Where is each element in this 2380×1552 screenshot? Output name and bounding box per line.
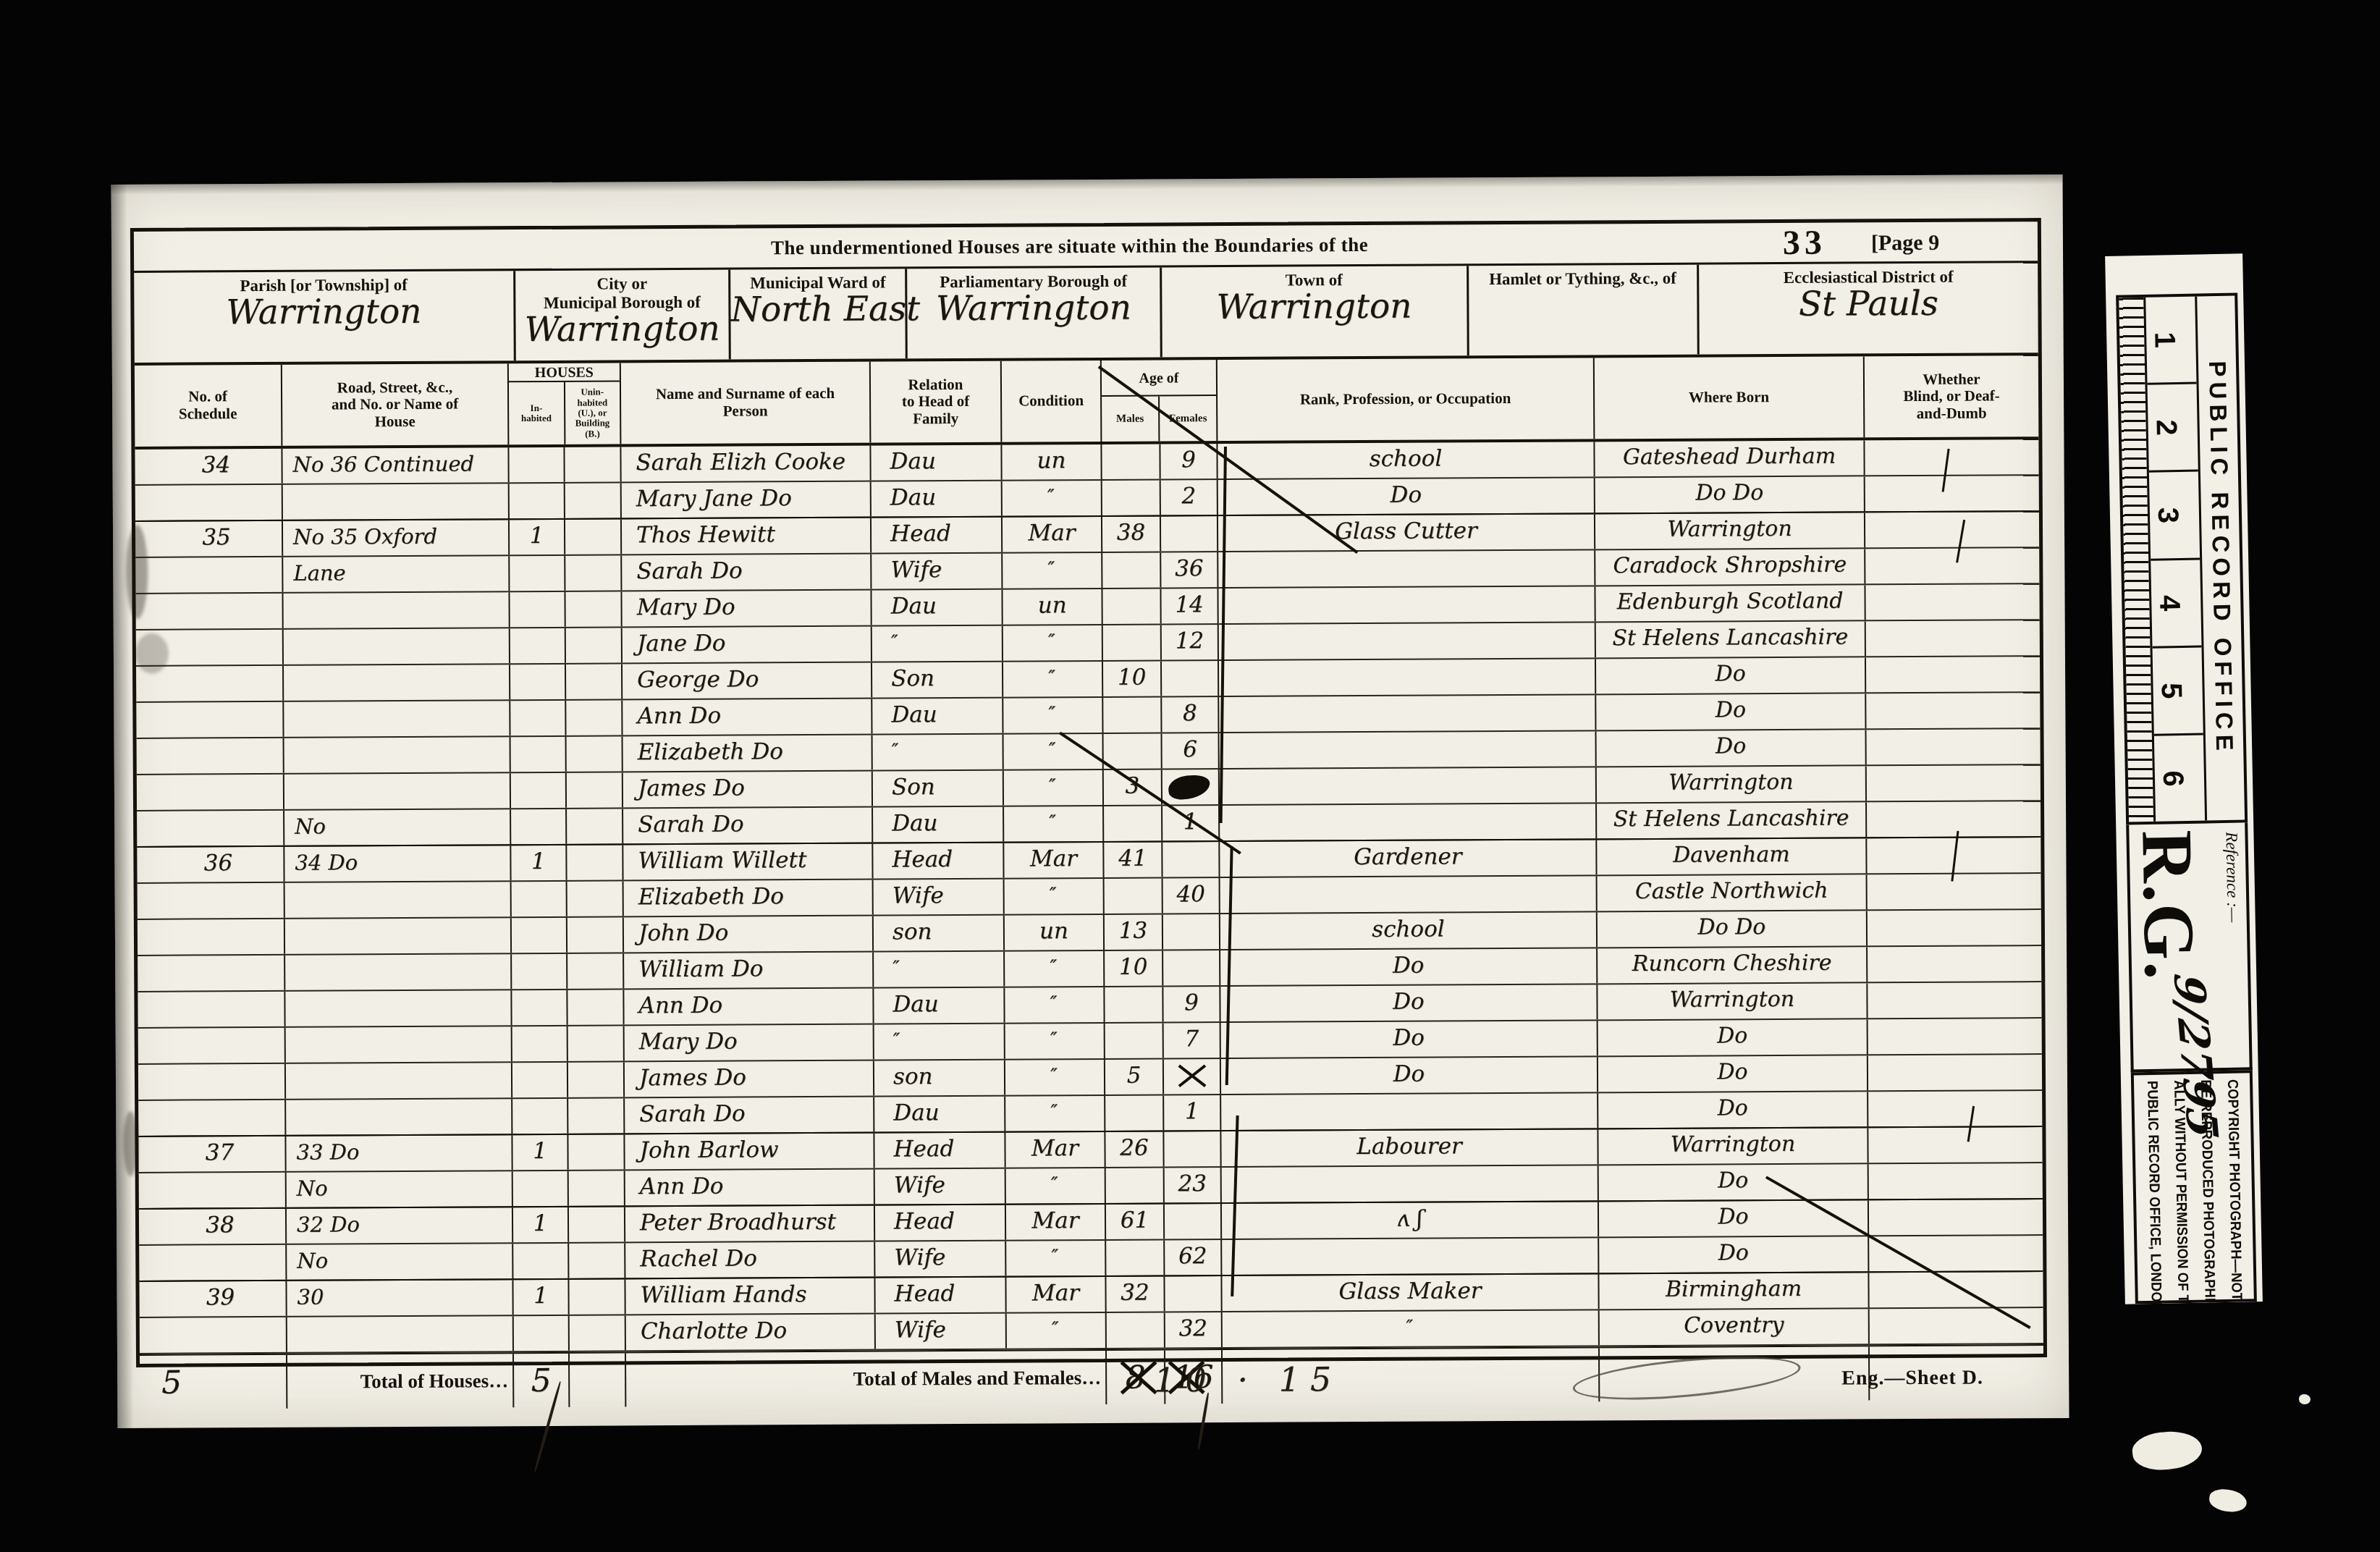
cell-in bbox=[510, 556, 565, 591]
cell-blind bbox=[1865, 548, 2039, 583]
header-occupation: Rank, Profession, or Occupation bbox=[1218, 358, 1595, 441]
cell-born: Do bbox=[1598, 1092, 1868, 1128]
cell-name: Elizabeth Do bbox=[624, 880, 874, 916]
cell-cond: ″ bbox=[1003, 625, 1103, 661]
cell-am bbox=[1102, 589, 1161, 623]
header-road: Road, Street, &c., and No. or Name of Ho… bbox=[282, 363, 510, 446]
cell-road bbox=[284, 628, 510, 665]
cell-cond: un bbox=[1002, 444, 1102, 480]
cell-born: Warrington bbox=[1598, 983, 1868, 1019]
district-value: St Pauls bbox=[1699, 283, 2038, 324]
cell-occ bbox=[1219, 659, 1596, 696]
cell-in: 1 bbox=[513, 1280, 569, 1315]
cell-cond: ″ bbox=[1006, 1241, 1106, 1276]
total-males-females-label: Total of Males and Females… bbox=[626, 1351, 1107, 1406]
cross-mark bbox=[1177, 1063, 1206, 1088]
cell-occ bbox=[1220, 767, 1597, 804]
cell-cond: Mar bbox=[1006, 1205, 1106, 1240]
cell-occ bbox=[1218, 550, 1595, 587]
cell-road: 32 Do bbox=[287, 1207, 513, 1244]
header-houses: HOUSES In- habited Unin- habited (U.), o… bbox=[509, 363, 622, 444]
cell-in bbox=[512, 1026, 568, 1061]
cell-s bbox=[138, 1028, 286, 1063]
cell-born: Do Do bbox=[1595, 476, 1865, 513]
series-code: R.G. bbox=[2130, 830, 2206, 982]
cell-in: 1 bbox=[511, 845, 567, 880]
cell-cond: Mar bbox=[1004, 843, 1104, 878]
cell-road: No 36 Continued bbox=[282, 447, 509, 484]
cell-rel: Head bbox=[874, 1133, 1005, 1168]
cell-born: Caradock Shropshire bbox=[1595, 549, 1865, 585]
cell-in: 1 bbox=[510, 520, 565, 554]
cell-s: 34 bbox=[135, 449, 282, 484]
cell-s bbox=[135, 485, 283, 520]
cell-name: John Do bbox=[624, 916, 874, 953]
cell-s bbox=[140, 1317, 287, 1353]
cell-un bbox=[567, 881, 624, 916]
cell-af bbox=[1162, 769, 1220, 804]
ruler-number: 6 bbox=[2154, 735, 2205, 822]
cell-name: John Barlow bbox=[625, 1134, 874, 1170]
cell-road bbox=[283, 592, 510, 628]
district-value: North East bbox=[731, 289, 906, 329]
cell-un bbox=[565, 447, 621, 481]
cell-name: James Do bbox=[623, 772, 873, 808]
cell-in bbox=[512, 918, 567, 953]
cell-af: 40 bbox=[1163, 878, 1220, 913]
cell-rel: ″ bbox=[872, 626, 1003, 662]
cell-in: 1 bbox=[513, 1207, 569, 1242]
cell-s bbox=[136, 666, 284, 701]
total-houses-value: 5 bbox=[514, 1354, 570, 1407]
paper-fragment bbox=[2299, 1394, 2311, 1404]
cell-occ: Glass Maker bbox=[1222, 1274, 1599, 1311]
cell-af bbox=[1165, 1204, 1222, 1239]
cell-blind bbox=[1866, 620, 2040, 656]
cell-name: Ann Do bbox=[625, 1170, 875, 1206]
cell-rel: Head bbox=[872, 518, 1003, 553]
cell-un bbox=[569, 1171, 625, 1205]
copyright-line: COPYRIGHT PHOTOGRAPH—NOT TO bbox=[2224, 1079, 2244, 1279]
cell-in bbox=[509, 447, 565, 482]
cell-blind bbox=[1868, 1055, 2042, 1090]
stamp-reference: Reference :— R.G. 9/2795 bbox=[2126, 823, 2253, 1073]
cell-un bbox=[570, 1315, 626, 1350]
cell-blind bbox=[1868, 874, 2041, 909]
cell-blind bbox=[1866, 657, 2040, 692]
cell-road bbox=[285, 882, 512, 918]
cell-s bbox=[135, 594, 283, 629]
cell-in bbox=[510, 701, 566, 735]
cell-road bbox=[285, 954, 512, 990]
cell-am bbox=[1102, 480, 1161, 515]
cell-cond: ″ bbox=[1005, 1024, 1105, 1059]
cell-road: 30 bbox=[287, 1280, 513, 1316]
cell-road: 34 Do bbox=[284, 845, 511, 882]
cell-am bbox=[1106, 1240, 1165, 1275]
cell-road bbox=[284, 773, 511, 809]
cell-blind bbox=[1866, 693, 2040, 728]
cell-un bbox=[568, 1098, 625, 1133]
cell-born: Birmingham bbox=[1599, 1273, 1869, 1309]
cell-born: Do Do bbox=[1598, 911, 1868, 947]
cell-blind bbox=[1868, 946, 2041, 982]
cell-name: Jane Do bbox=[623, 627, 872, 663]
cell-am: 41 bbox=[1104, 842, 1162, 877]
cell-rel: Wife bbox=[875, 1169, 1006, 1205]
copyright-line: PUBLIC RECORD OFFICE, LONDON bbox=[2143, 1081, 2164, 1281]
header-houses-title: HOUSES bbox=[509, 363, 620, 381]
cell-af: 6 bbox=[1162, 733, 1220, 768]
totals-empty bbox=[570, 1353, 626, 1406]
district-cell: Town ofWarrington bbox=[1162, 266, 1469, 357]
cell-rel: Wife bbox=[876, 1314, 1007, 1349]
cell-occ: Do bbox=[1220, 948, 1598, 985]
cell-s bbox=[138, 1100, 286, 1136]
cell-born: Do bbox=[1596, 657, 1866, 693]
cell-rel: Dau bbox=[871, 445, 1002, 481]
cell-cond: ″ bbox=[1004, 770, 1104, 806]
header-age-title: Age of bbox=[1102, 360, 1216, 395]
cell-s bbox=[139, 1173, 287, 1208]
cell-am: 3 bbox=[1104, 769, 1162, 804]
cell-name: William Hands bbox=[625, 1278, 875, 1315]
census-form: The undermentioned Houses are situate wi… bbox=[130, 218, 2047, 1367]
cell-name: Sarah Elizh Cooke bbox=[621, 446, 871, 482]
cell-road: 33 Do bbox=[286, 1135, 512, 1171]
cell-blind bbox=[1868, 910, 2041, 945]
district-cell: Parliamentary Borough ofWarrington bbox=[907, 267, 1162, 358]
cell-af: 23 bbox=[1165, 1168, 1222, 1202]
cell-name: Sarah Do bbox=[625, 1097, 874, 1134]
cell-road bbox=[283, 484, 510, 520]
ruler-numbers: 123456 bbox=[2143, 297, 2207, 822]
cell-in bbox=[513, 1244, 569, 1278]
cell-born: Do bbox=[1598, 1055, 1868, 1092]
cell-road bbox=[285, 918, 512, 954]
cell-cond: ″ bbox=[1005, 1096, 1105, 1131]
district-value: Warrington bbox=[908, 287, 1160, 329]
cell-born: Coventry bbox=[1600, 1309, 1870, 1345]
ruler-number: 3 bbox=[2149, 472, 2200, 561]
cell-am bbox=[1103, 625, 1162, 659]
cell-name: Thos Hewitt bbox=[622, 518, 872, 554]
form-title: The undermentioned Houses are situate wi… bbox=[771, 234, 1368, 259]
cell-name: Mary Jane Do bbox=[622, 482, 872, 518]
cell-born: Runcorn Cheshire bbox=[1598, 947, 1868, 983]
cell-cond: ″ bbox=[1003, 553, 1102, 589]
cell-am: 5 bbox=[1105, 1059, 1164, 1094]
header-schedule: No. of Schedule bbox=[135, 365, 283, 447]
cell-in bbox=[510, 484, 565, 518]
cell-cond: ″ bbox=[1007, 1313, 1107, 1349]
cell-rel: Dau bbox=[872, 699, 1003, 734]
cell-in bbox=[510, 628, 566, 663]
cell-born: Warrington bbox=[1595, 513, 1865, 549]
cell-am bbox=[1105, 987, 1163, 1021]
cell-road bbox=[284, 701, 510, 737]
reference-label: Reference :— bbox=[2221, 832, 2242, 922]
cell-am bbox=[1102, 444, 1160, 478]
cell-name: William Do bbox=[624, 953, 874, 989]
cell-un bbox=[567, 772, 623, 807]
stamp-ruler: PUBLIC RECORD OFFICE 123456 bbox=[2116, 292, 2248, 825]
cell-af bbox=[1164, 1131, 1221, 1166]
cell-blind bbox=[1868, 982, 2041, 1018]
cell-rel: Head bbox=[875, 1205, 1006, 1241]
cell-road bbox=[286, 1099, 512, 1135]
cell-af bbox=[1162, 842, 1220, 877]
cell-am bbox=[1103, 697, 1162, 732]
cell-am bbox=[1104, 733, 1162, 768]
district-label: Hamlet or Tything, &c., of bbox=[1469, 265, 1697, 289]
cell-in: 1 bbox=[512, 1135, 568, 1170]
cell-un bbox=[566, 664, 623, 699]
cell-s bbox=[138, 1064, 286, 1100]
cell-blind bbox=[1869, 1199, 2043, 1235]
district-cell: Ecclesiastical District ofSt Pauls bbox=[1699, 263, 2038, 354]
cell-blind bbox=[1868, 1091, 2042, 1126]
cell-name: Elizabeth Do bbox=[623, 735, 873, 772]
cell-cond: ″ bbox=[1005, 1060, 1105, 1095]
cell-occ: Do bbox=[1221, 1021, 1598, 1058]
cell-rel: Dau bbox=[874, 1097, 1005, 1132]
paper-fragment bbox=[2208, 1488, 2248, 1514]
cell-un bbox=[567, 953, 624, 988]
cell-s bbox=[138, 883, 285, 919]
cell-name: Mary Do bbox=[622, 591, 872, 627]
cell-un bbox=[565, 483, 622, 518]
column-headers: No. of Schedule Road, Street, &c., and N… bbox=[135, 355, 2039, 450]
cell-am: 38 bbox=[1102, 516, 1161, 551]
pro-reference-stamp: PUBLIC RECORD OFFICE 123456 Reference :—… bbox=[2105, 253, 2263, 1304]
cell-am: 61 bbox=[1106, 1204, 1165, 1239]
cell-rel: Dau bbox=[872, 590, 1003, 625]
cell-s bbox=[138, 956, 285, 991]
totals-margin-value: 5 bbox=[140, 1355, 287, 1409]
cell-cond: ″ bbox=[1004, 806, 1104, 842]
cell-cond: Mar bbox=[1003, 517, 1102, 552]
cell-am: 10 bbox=[1103, 661, 1162, 696]
cell-born: Do bbox=[1599, 1236, 1869, 1273]
paper-fragment bbox=[2131, 1428, 2204, 1473]
cell-blind bbox=[1865, 476, 2039, 511]
header-born: Where Born bbox=[1595, 356, 1865, 439]
cell-born: Gateshead Durham bbox=[1595, 440, 1865, 476]
cell-s bbox=[139, 1245, 287, 1281]
cell-un bbox=[567, 736, 623, 771]
cell-occ: ″ bbox=[1223, 1310, 1600, 1347]
cell-name: Sarah Do bbox=[622, 554, 872, 591]
cell-af bbox=[1163, 914, 1220, 949]
cell-cond: ″ bbox=[1003, 662, 1103, 697]
district-value: Warrington bbox=[1162, 286, 1467, 327]
cell-in bbox=[511, 773, 567, 808]
cell-rel: Dau bbox=[874, 988, 1005, 1024]
cell-name: Peter Broadhurst bbox=[625, 1206, 875, 1242]
cell-s bbox=[136, 630, 284, 665]
cell-blind bbox=[1869, 1236, 2043, 1271]
cell-cond: un bbox=[1003, 589, 1102, 625]
cell-born: Warrington bbox=[1597, 766, 1867, 802]
cell-s bbox=[138, 919, 285, 955]
cell-road: No bbox=[287, 1244, 513, 1280]
cell-rel: Wife bbox=[875, 1241, 1006, 1277]
cell-road: No 35 Oxford bbox=[283, 520, 510, 556]
cell-blind bbox=[1866, 729, 2040, 764]
cell-road: No bbox=[287, 1171, 513, 1207]
cell-un bbox=[567, 809, 623, 843]
cell-name: Mary Do bbox=[625, 1025, 874, 1061]
cell-born: St Helens Lancashire bbox=[1596, 621, 1866, 657]
cell-rel: ″ bbox=[874, 1024, 1005, 1060]
district-cell: Parish [or Township] ofWarrington bbox=[134, 271, 516, 363]
cell-am: 26 bbox=[1105, 1131, 1164, 1166]
cell-rel: Wife bbox=[874, 880, 1005, 915]
header-blind: Whether Blind, or Deaf- and-Dumb bbox=[1865, 355, 2039, 437]
cell-blind bbox=[1865, 439, 2038, 475]
cell-rel: Dau bbox=[873, 807, 1004, 843]
cell-blind bbox=[1869, 1163, 2043, 1199]
cell-un bbox=[566, 700, 623, 735]
cell-af: 14 bbox=[1161, 589, 1218, 623]
cell-af: 9 bbox=[1160, 444, 1218, 478]
cell-born: Edenburgh Scotland bbox=[1595, 585, 1865, 621]
header-condition: Condition bbox=[1002, 360, 1102, 442]
district-cell: Hamlet or Tything, &c., of bbox=[1469, 265, 1700, 356]
cell-un bbox=[569, 1279, 625, 1314]
cell-blind bbox=[1867, 765, 2041, 801]
cell-born: Davenham bbox=[1597, 838, 1867, 874]
cell-am bbox=[1102, 552, 1161, 587]
cell-occ bbox=[1220, 876, 1598, 913]
cell-rel: son bbox=[874, 1060, 1005, 1096]
cell-af: 1 bbox=[1164, 1095, 1221, 1130]
cell-am: 10 bbox=[1105, 950, 1163, 985]
cell-in bbox=[510, 592, 565, 627]
cell-road bbox=[284, 665, 510, 701]
header-relation: Relation to Head of Family bbox=[871, 361, 1003, 443]
cell-am: 13 bbox=[1105, 914, 1163, 949]
ruler-number: 1 bbox=[2145, 297, 2196, 386]
cell-s: 39 bbox=[139, 1281, 287, 1317]
cell-af bbox=[1164, 1059, 1221, 1094]
cell-af: 9 bbox=[1163, 987, 1220, 1021]
district-value: Warrington bbox=[515, 308, 729, 350]
cell-road bbox=[286, 1026, 512, 1063]
cell-s bbox=[138, 992, 285, 1027]
cell-in bbox=[513, 1171, 569, 1206]
cell-name: Charlotte Do bbox=[626, 1315, 876, 1351]
cell-road: No bbox=[284, 809, 511, 845]
cell-in bbox=[512, 1063, 568, 1097]
cell-occ: ʌ ʃ bbox=[1222, 1202, 1599, 1239]
cell-cond: ″ bbox=[1003, 698, 1103, 733]
header-inhabited: In- habited bbox=[509, 382, 565, 444]
cell-un bbox=[567, 917, 624, 952]
cell-rel: Head bbox=[875, 1278, 1006, 1313]
cell-af bbox=[1162, 661, 1219, 696]
cell-rel: Wife bbox=[872, 554, 1003, 589]
ruler-number: 4 bbox=[2151, 560, 2201, 649]
ruler-number: 2 bbox=[2148, 384, 2198, 473]
cell-in bbox=[511, 809, 567, 844]
cell-un bbox=[568, 1134, 625, 1169]
cell-cond: ″ bbox=[1005, 987, 1105, 1023]
cell-s: 36 bbox=[137, 847, 284, 882]
cell-am bbox=[1104, 806, 1162, 840]
cell-occ bbox=[1220, 804, 1597, 840]
cell-occ: school bbox=[1220, 912, 1598, 949]
cell-road bbox=[287, 1316, 514, 1352]
cell-rel: Son bbox=[872, 662, 1003, 698]
cell-in bbox=[512, 882, 567, 916]
ruler-number: 5 bbox=[2153, 647, 2203, 736]
cell-rel: Dau bbox=[872, 481, 1003, 517]
cell-am bbox=[1105, 878, 1163, 913]
cell-occ bbox=[1219, 623, 1596, 659]
cell-road bbox=[284, 737, 511, 773]
cell-occ bbox=[1219, 695, 1596, 732]
cell-in bbox=[511, 737, 567, 772]
cell-af: 2 bbox=[1161, 480, 1218, 515]
cell-occ bbox=[1218, 586, 1595, 623]
district-cell: Municipal Ward ofNorth East bbox=[730, 269, 908, 359]
cell-af: 7 bbox=[1164, 1023, 1221, 1058]
cell-cond: Mar bbox=[1005, 1132, 1105, 1168]
cell-rel: ″ bbox=[873, 735, 1004, 770]
cell-af: 36 bbox=[1161, 552, 1218, 587]
cell-un bbox=[569, 1243, 625, 1278]
cell-af bbox=[1163, 950, 1220, 985]
cell-occ: school bbox=[1218, 442, 1595, 478]
census-page-scan: The undermentioned Houses are situate wi… bbox=[111, 174, 2069, 1428]
cell-blind bbox=[1865, 512, 2039, 547]
cell-name: Sarah Do bbox=[623, 808, 873, 844]
header-uninhabited: Unin- habited (U.), or Building (B.) bbox=[565, 382, 620, 444]
cell-un bbox=[565, 519, 622, 554]
cell-road bbox=[286, 1063, 512, 1099]
district-header-row: Parish [or Township] ofWarringtonCity or… bbox=[134, 263, 2038, 366]
sheet-imprint: Eng.—Sheet D. bbox=[1841, 1367, 1983, 1391]
cell-un bbox=[569, 1207, 625, 1241]
header-name: Name and Surname of each Person bbox=[621, 362, 872, 444]
cell-name: Ann Do bbox=[623, 699, 872, 735]
cell-in bbox=[512, 990, 567, 1025]
cell-born: Do bbox=[1598, 1019, 1868, 1055]
cell-cond: ″ bbox=[1006, 1168, 1106, 1204]
cell-s: 35 bbox=[135, 521, 283, 557]
folio-number: 33 bbox=[1783, 223, 1826, 263]
cell-s bbox=[137, 775, 284, 810]
cell-un bbox=[565, 555, 622, 590]
cell-am bbox=[1105, 1023, 1164, 1058]
cell-af bbox=[1165, 1276, 1222, 1311]
cell-s bbox=[137, 811, 284, 846]
cell-un bbox=[568, 1026, 625, 1060]
cell-in bbox=[514, 1316, 570, 1351]
cell-blind bbox=[1867, 801, 2041, 837]
header-age: Age of Males Females bbox=[1102, 360, 1218, 442]
pencil-totals: 10 · 15 bbox=[1154, 1359, 1341, 1399]
cell-un bbox=[566, 628, 623, 662]
cell-road: Lane bbox=[283, 556, 510, 592]
cell-blind bbox=[1868, 1018, 2042, 1054]
cell-in bbox=[512, 954, 567, 989]
cell-af: 8 bbox=[1162, 697, 1219, 732]
cell-af: 12 bbox=[1162, 625, 1219, 659]
cell-un bbox=[567, 845, 623, 880]
